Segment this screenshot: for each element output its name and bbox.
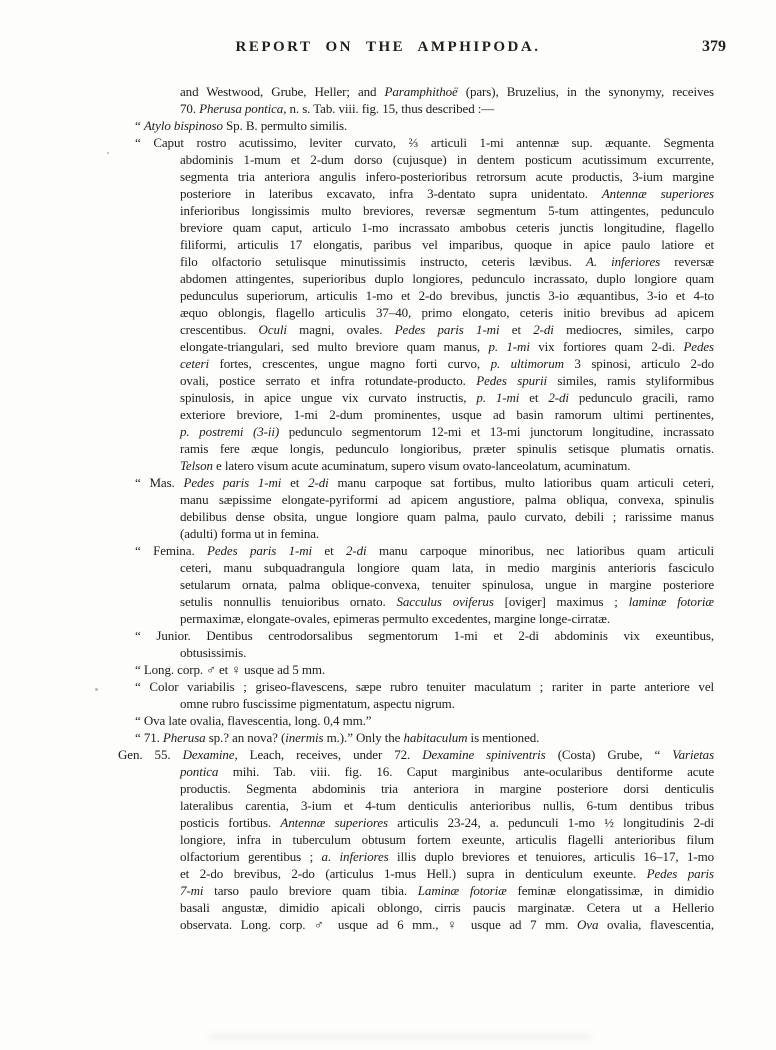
text-line: “ Atylo bispinoso Sp. B. permulto simili…	[118, 117, 714, 134]
text-line: permaximæ, elongate-ovales, epimeras per…	[118, 610, 714, 627]
text-line: “ Color variabilis ; griseo-flavescens, …	[118, 678, 714, 695]
text-line: ovali, postice serrato et infra rotundat…	[118, 372, 714, 389]
page-body: and Westwood, Grube, Heller; and Paramph…	[118, 83, 714, 933]
text-line: observata. Long. corp. ♂ usque ad 6 mm.,…	[118, 916, 714, 933]
italic-text-run: Dexamine spiniventris	[422, 747, 545, 762]
italic-text-run: inermis	[285, 730, 323, 745]
text-line: inferioribus longissimis multo breviores…	[118, 202, 714, 219]
text-run: e latero visum acute acuminatum, supero …	[213, 458, 631, 473]
text-line: segmenta tria anteriora angulis infero-p…	[118, 168, 714, 185]
text-line: (adulti) forma ut in femina.	[118, 525, 714, 542]
italic-text-run: Pedes	[683, 339, 714, 354]
italic-text-run: Laminæ fotoriæ	[418, 883, 507, 898]
text-run: setulis nonnullis tenuioribus ornato.	[180, 594, 396, 609]
text-run: Sp. B. permulto similis.	[223, 118, 347, 133]
italic-text-run: 2-di	[548, 390, 569, 405]
text-run: inferioribus longissimis multo breviores…	[180, 203, 714, 218]
text-run: abdomen attingentes, superioribus duplo …	[180, 271, 714, 286]
text-run: crescentibus.	[180, 322, 259, 337]
italic-text-run: Antennæ superiores	[280, 815, 388, 830]
italic-text-run: Paramphithoë	[385, 84, 458, 99]
text-line: filo olfactorio setulisque minutissimis …	[118, 253, 714, 270]
text-run: elongate-triangulari, sed multo breviore…	[180, 339, 488, 354]
text-line: elongate-triangulari, sed multo breviore…	[118, 338, 714, 355]
text-run: ceteri, manu subquadrangula longiore qua…	[180, 560, 714, 575]
text-run: debilibus dense obsita, ungue longiore q…	[180, 509, 714, 524]
italic-text-run: 7-mi	[180, 883, 203, 898]
text-run: “ Ova late ovalia, flavescentia, long. 0…	[135, 713, 371, 728]
text-run: et	[499, 322, 533, 337]
text-line: “ Femina. Pedes paris 1-mi et 2-di manu …	[118, 542, 714, 559]
text-run: feminæ elongatissimæ, in dimidio	[507, 883, 714, 898]
italic-text-run: Pedes spurii	[476, 373, 547, 388]
italic-text-run: p. ultimorum	[491, 356, 564, 371]
text-line: “ 71. Pherusa sp.? an nova? (inermis m.)…	[118, 729, 714, 746]
italic-text-run: Sacculus oviferus	[396, 594, 493, 609]
italic-text-run: p. 1-mi	[488, 339, 529, 354]
italic-text-run: Antennæ superiores	[602, 186, 714, 201]
text-run: “ Long. corp. ♂ et ♀ usque ad 5 mm.	[135, 662, 325, 677]
text-line: crescentibus. Oculi magni, ovales. Pedes…	[118, 321, 714, 338]
italic-text-run: Oculi	[259, 322, 287, 337]
text-run: Gen. 55.	[118, 747, 183, 762]
text-run: (pars), Bruzelius, in the synonymy, rece…	[458, 84, 714, 99]
text-line: ceteri, manu subquadrangula longiore qua…	[118, 559, 714, 576]
text-run: olfactorium gerentibus ;	[180, 849, 322, 864]
text-run: mihi. Tab. viii. fig. 16. Caput marginib…	[218, 764, 714, 779]
text-run: observata. Long. corp. ♂ usque ad 6 mm.,…	[180, 917, 577, 932]
text-line: ceteri fortes, crescentes, ungue magno f…	[118, 355, 714, 372]
italic-text-run: Ova	[577, 917, 598, 932]
text-line: posteriore in lateribus excavato, infra …	[118, 185, 714, 202]
text-run: “ Color variabilis ; griseo-flavescens, …	[135, 679, 714, 694]
text-run: reversæ	[660, 254, 714, 269]
italic-text-run: laminæ fotoriæ	[629, 594, 714, 609]
text-run: obtusissimis.	[180, 645, 246, 660]
text-run: m.).” Only the	[324, 730, 404, 745]
text-line: spinulosis, in apice ungue vix curvato i…	[118, 389, 714, 406]
italic-text-run: 2-di	[346, 543, 367, 558]
text-run: similes, ramis styliformibus	[547, 373, 714, 388]
italic-text-run: Varietas	[672, 747, 714, 762]
text-run: 70.	[180, 101, 199, 116]
text-run: “	[135, 118, 144, 133]
text-line: p. postremi (3-ii) pedunculo segmentorum…	[118, 423, 714, 440]
text-run: et	[519, 390, 548, 405]
text-line: ramis fere æque longis, pedunculo longio…	[118, 440, 714, 457]
text-run: filiformi, articulis 17 elongatis, parib…	[180, 237, 714, 252]
text-run: pedunculo gracili, ramo	[569, 390, 714, 405]
text-line: Telson e latero visum acute acuminatum, …	[118, 457, 714, 474]
italic-text-run: p. 1-mi	[476, 390, 519, 405]
text-run: pedunculo segmentorum 12-mi et 13-mi jun…	[279, 424, 714, 439]
text-run: omne rubro fuscissime pigmentatum, aspec…	[180, 696, 455, 711]
text-run: permaximæ, elongate-ovales, epimeras per…	[180, 611, 610, 626]
text-line: exteriore breviore, 1-mi 2-dum prominent…	[118, 406, 714, 423]
text-line: setulis nonnullis tenuioribus ornato. Sa…	[118, 593, 714, 610]
text-run: spinulosis, in apice ungue vix curvato i…	[180, 390, 476, 405]
text-run: “ 71.	[135, 730, 163, 745]
running-title: REPORT ON THE AMPHIPODA.	[120, 39, 656, 56]
text-line: lateralibus carentia, 3-ium et 4-tum den…	[118, 797, 714, 814]
text-run: , n. s. Tab. viii. fig. 15, thus describ…	[283, 101, 494, 116]
text-run: [oviger] maximus ;	[494, 594, 629, 609]
text-run: (Costa) Grube, “	[546, 747, 673, 762]
text-run: breviore quam caput, articulo 1-mo incra…	[180, 220, 714, 235]
text-run: (adulti) forma ut in femina.	[180, 526, 319, 541]
text-run: et 2-do brevibus, 2-do (articulus 1-mus …	[180, 866, 647, 881]
text-run: sp.? an nova? (	[206, 730, 286, 745]
text-line: manu sæpissime elongate-pyriformi ad api…	[118, 491, 714, 508]
text-run: ovalia, flavescentia,	[598, 917, 714, 932]
scanned-page: REPORT ON THE AMPHIPODA. 379 and Westwoo…	[0, 0, 776, 1050]
text-line: “ Mas. Pedes paris 1-mi et 2-di manu car…	[118, 474, 714, 491]
text-run: manu carpoque sat fortibus, multo latior…	[329, 475, 714, 490]
text-run: articulis 23-24, a. pedunculi 1-mo ½ lon…	[388, 815, 714, 830]
text-line: filiformi, articulis 17 elongatis, parib…	[118, 236, 714, 253]
italic-text-run: 2-di	[308, 475, 329, 490]
italic-text-run: Telson	[180, 458, 213, 473]
text-run: and Westwood, Grube, Heller; and	[180, 84, 385, 99]
italic-text-run: Pedes paris 1-mi	[395, 322, 500, 337]
text-run: posticis fortibus.	[180, 815, 280, 830]
italic-text-run: A. inferiores	[586, 254, 660, 269]
italic-text-run: Pedes paris 1-mi	[207, 543, 312, 558]
text-line: posticis fortibus. Antennæ superiores ar…	[118, 814, 714, 831]
italic-text-run: 2-di	[533, 322, 554, 337]
italic-text-run: p. postremi (3-ii)	[180, 424, 279, 439]
text-line: basali angustæ, dimidio apicali oblongo,…	[118, 899, 714, 916]
text-run: “ Mas.	[135, 475, 184, 490]
text-run: “ Junior. Dentibus centrodorsalibus segm…	[135, 628, 714, 643]
text-run: manu carpoque minoribus, nec latioribus …	[367, 543, 714, 558]
text-line: productis. Segmenta abdominis tria anter…	[118, 780, 714, 797]
text-run: ramis fere æque longis, pedunculo longio…	[180, 441, 714, 456]
italic-text-run: Pedes paris 1-mi	[184, 475, 282, 490]
text-run: longiore, infra in tuberculum obtusum fo…	[180, 832, 714, 847]
text-run: et	[312, 543, 346, 558]
text-run: abdominis 1-mum et 2-dum dorso (cujusque…	[180, 152, 714, 167]
text-line: “ Caput rostro acutissimo, leviter curva…	[118, 134, 714, 151]
text-line: “ Long. corp. ♂ et ♀ usque ad 5 mm.	[118, 661, 714, 678]
text-run: “ Caput rostro acutissimo, leviter curva…	[135, 135, 714, 150]
italic-text-run: habitaculum	[404, 730, 468, 745]
text-run: æquo oblongis, flagello articulis 37–40,…	[180, 305, 714, 320]
italic-text-run: Pherusa	[163, 730, 206, 745]
text-run: illis duplo breviores et tenuiores, arti…	[389, 849, 714, 864]
italic-text-run: ceteri	[180, 356, 209, 371]
text-run: lateralibus carentia, 3-ium et 4-tum den…	[180, 798, 714, 813]
text-line: pontica mihi. Tab. viii. fig. 16. Caput …	[118, 763, 714, 780]
text-line: “ Ova late ovalia, flavescentia, long. 0…	[118, 712, 714, 729]
text-run: ovali, postice serrato et infra rotundat…	[180, 373, 476, 388]
text-line: Gen. 55. Dexamine, Leach, receives, unde…	[118, 746, 714, 763]
text-line: abdominis 1-mum et 2-dum dorso (cujusque…	[118, 151, 714, 168]
text-line: 70. Pherusa pontica, n. s. Tab. viii. fi…	[118, 100, 714, 117]
text-line: setularum ornata, palma oblique-convexa,…	[118, 576, 714, 593]
text-line: abdomen attingentes, superioribus duplo …	[118, 270, 714, 287]
text-run: setularum ornata, palma oblique-convexa,…	[180, 577, 714, 592]
text-run: fortes, crescentes, ungue magno forti cu…	[209, 356, 491, 371]
text-line: and Westwood, Grube, Heller; and Paramph…	[118, 83, 714, 100]
text-run: productis. Segmenta abdominis tria anter…	[180, 781, 714, 796]
text-line: æquo oblongis, flagello articulis 37–40,…	[118, 304, 714, 321]
text-run: tarso paulo breviore quam tibia.	[203, 883, 417, 898]
text-line: “ Junior. Dentibus centrodorsalibus segm…	[118, 627, 714, 644]
text-run: segmenta tria anteriora angulis infero-p…	[180, 169, 714, 184]
text-line: breviore quam caput, articulo 1-mo incra…	[118, 219, 714, 236]
italic-text-run: Atylo bispinoso	[144, 118, 223, 133]
text-run: is mentioned.	[467, 730, 539, 745]
text-run: , Leach, receives, under 72.	[234, 747, 422, 762]
italic-text-run: Pherusa pontica	[199, 101, 283, 116]
italic-text-run: Pedes paris	[647, 866, 714, 881]
text-run: “ Femina.	[135, 543, 207, 558]
italic-text-run: pontica	[180, 764, 218, 779]
page-number: 379	[702, 38, 726, 56]
text-run: filo olfactorio setulisque minutissimis …	[180, 254, 586, 269]
text-line: pedunculus superiorum, articulis 1-mo et…	[118, 287, 714, 304]
ink-speck	[107, 152, 109, 154]
italic-text-run: a. inferiores	[322, 849, 389, 864]
text-line: et 2-do brevibus, 2-do (articulus 1-mus …	[118, 865, 714, 882]
text-run: exteriore breviore, 1-mi 2-dum prominent…	[180, 407, 714, 422]
text-run: posteriore in lateribus excavato, infra …	[180, 186, 602, 201]
text-run: basali angustæ, dimidio apicali oblongo,…	[180, 900, 714, 915]
text-line: 7-mi tarso paulo breviore quam tibia. La…	[118, 882, 714, 899]
text-run: vix fortiores quam 2-di.	[530, 339, 684, 354]
text-line: olfactorium gerentibus ; a. inferiores i…	[118, 848, 714, 865]
text-run: pedunculus superiorum, articulis 1-mo et…	[180, 288, 714, 303]
text-line: obtusissimis.	[118, 644, 714, 661]
text-run: 3 spinosi, articulo 2-do	[564, 356, 714, 371]
text-run: magni, ovales.	[287, 322, 395, 337]
text-run: et	[281, 475, 308, 490]
text-run: manu sæpissime elongate-pyriformi ad api…	[180, 492, 714, 507]
scan-artifact	[210, 1034, 590, 1039]
text-line: omne rubro fuscissime pigmentatum, aspec…	[118, 695, 714, 712]
text-line: debilibus dense obsita, ungue longiore q…	[118, 508, 714, 525]
ink-speck	[95, 688, 98, 691]
italic-text-run: Dexamine	[183, 747, 235, 762]
text-run: mediocres, similes, carpo	[554, 322, 714, 337]
text-line: longiore, infra in tuberculum obtusum fo…	[118, 831, 714, 848]
